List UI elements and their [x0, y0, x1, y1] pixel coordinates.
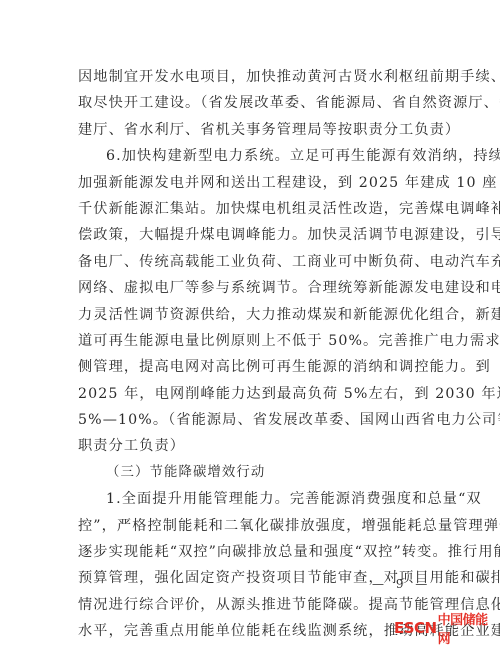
- text-line: 侧管理，提高电网对高比例可再生能源的消纳和调控能力。到: [78, 354, 422, 380]
- text-line: 建厅、省水利厅、省机关事务管理局等按职责分工负责）: [78, 117, 422, 143]
- document-body: 因地制宜开发水电项目，加快推动黄河古贤水利枢纽前期手续、争取尽快开工建设。（省发…: [78, 64, 422, 645]
- section-heading: （三）节能降碳增效行动: [78, 460, 422, 486]
- text-line: 偿政策，大幅提升煤电调峰能力。加快灵活调节电源建设，引导自: [78, 222, 422, 248]
- text-line: 5%—10%。（省能源局、省发展改革委、国网山西省电力公司等按: [78, 407, 422, 433]
- text-line: 情况进行综合评价，从源头推进节能降碳。提高节能管理信息化: [78, 592, 422, 618]
- page-number: — 9 —: [372, 577, 431, 591]
- text-line: 职责分工负责）: [78, 433, 422, 459]
- text-line: 网络、虚拟电厂等参与系统调节。合理统筹新能源发电建设和电: [78, 275, 422, 301]
- text-line: 水平，完善重点用能单位能耗在线监测系统，推动高耗能企业建立: [78, 618, 422, 644]
- text-line: 道可再生能源电量比例原则上不低于 50%。完善推广电力需求: [78, 328, 422, 354]
- text-line: 备电厂、传统高载能工业负荷、工商业可中断负荷、电动汽车充电: [78, 249, 422, 275]
- text-line: 因地制宜开发水电项目，加快推动黄河古贤水利枢纽前期手续、争: [78, 64, 422, 90]
- text-line: 取尽快开工建设。（省发展改革委、省能源局、省自然资源厅、省住: [78, 90, 422, 116]
- escn-watermark-logo: ESCN 中国储能网: [394, 618, 500, 638]
- text-line: 6.加快构建新型电力系统。立足可再生能源有效消纳，持续: [78, 143, 422, 169]
- text-line: 加强新能源发电并网和送出工程建设，到 2025 年建成 10 座 500: [78, 170, 422, 196]
- document-page: 因地制宜开发水电项目，加快推动黄河古贤水利枢纽前期手续、争取尽快开工建设。（省发…: [0, 0, 500, 650]
- text-line: 预算管理，强化固定资产投资项目节能审查，对项目用能和碳排放: [78, 565, 422, 591]
- text-line: 1.全面提升用能管理能力。完善能源消费强度和总量“双: [78, 486, 422, 512]
- text-line: 力灵活性调节资源供给，大力推动煤炭和新能源优化组合，新建通: [78, 302, 422, 328]
- text-line: 控”，严格控制能耗和二氧化碳排放强度，增强能耗总量管理弹性，: [78, 513, 422, 539]
- logo-brand-cn: 中国储能网: [438, 609, 500, 647]
- text-line: 逐步实现能耗“双控”向碳排放总量和强度“双控”转变。推行用能: [78, 539, 422, 565]
- logo-brand-en: ESCN: [394, 619, 437, 637]
- text-line: 千伏新能源汇集站。加快煤电机组灵活性改造，完善煤电调峰补: [78, 196, 422, 222]
- text-line: 2025 年，电网削峰能力达到最高负荷 5%左右，到 2030 年达到: [78, 381, 422, 407]
